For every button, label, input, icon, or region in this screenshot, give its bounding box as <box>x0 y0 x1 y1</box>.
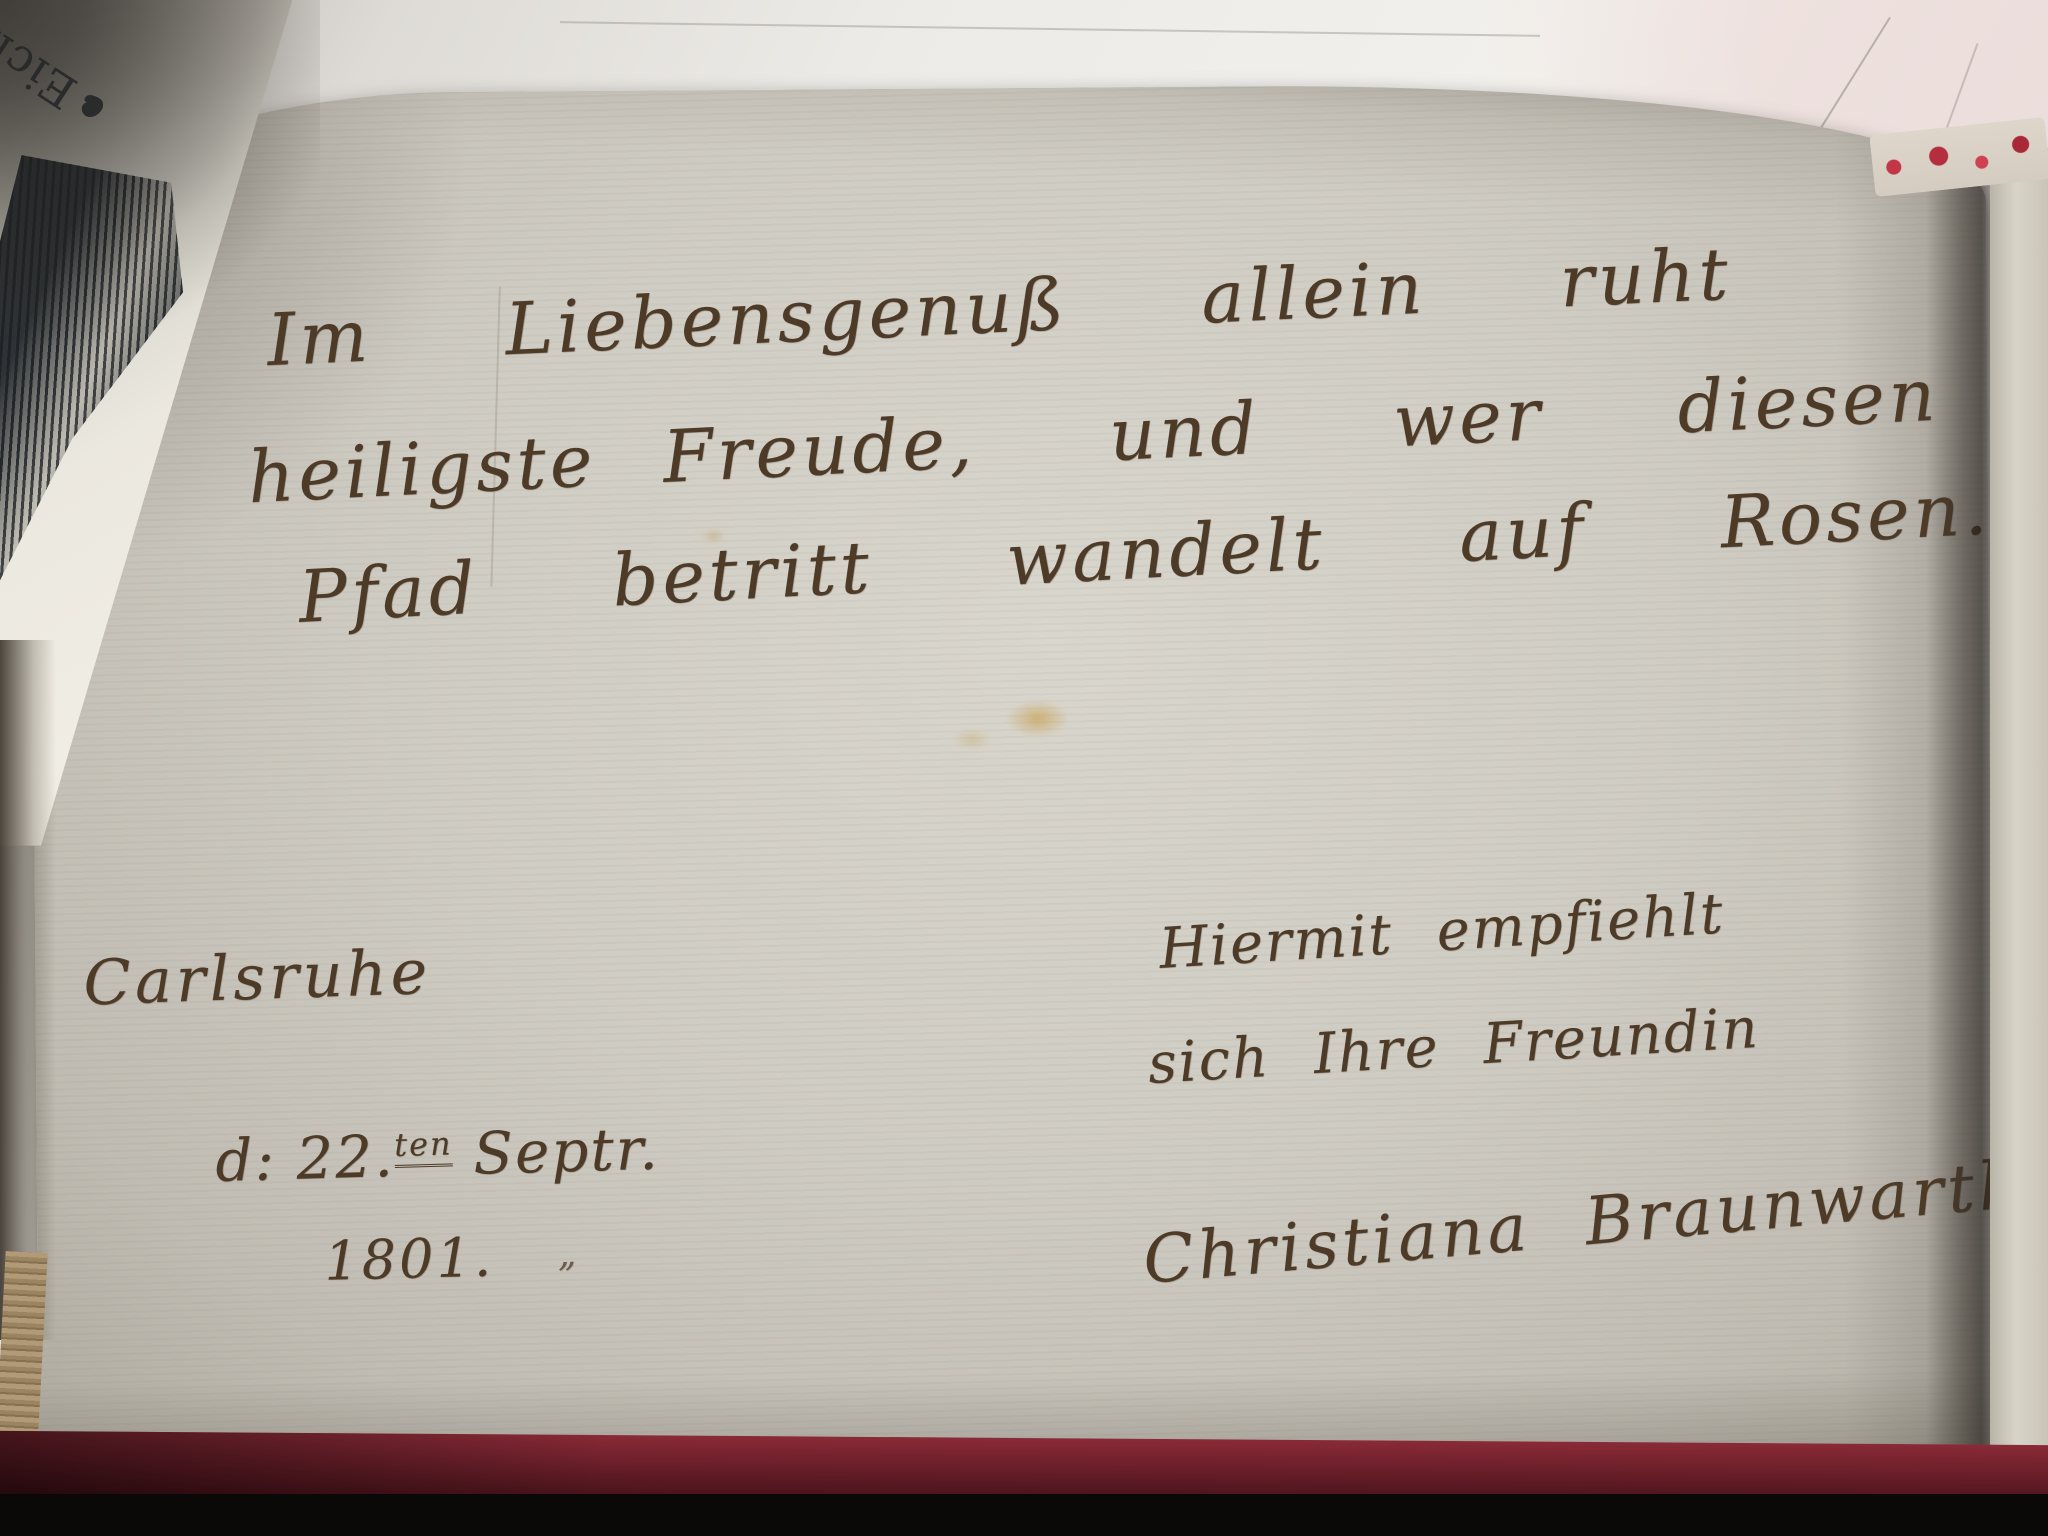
facing-page-edge <box>1990 148 2048 1536</box>
table-shadow <box>0 1494 2048 1536</box>
right-gutter-shadow <box>1926 155 2000 1536</box>
left-spine-shadow <box>0 640 56 1340</box>
paper-stain-2 <box>952 728 992 750</box>
verse-line-1: Im Liebensgenuß allein ruht <box>265 232 1733 382</box>
album-page: Im Liebensgenuß allein ruht heiligste Fr… <box>29 81 1995 1473</box>
year-ditto-mark: „ <box>557 1233 579 1275</box>
dedication-line-2: sich Ihre Freundin <box>1146 996 1761 1097</box>
year-value: 1801. <box>324 1226 495 1293</box>
place-name: Carlsruhe <box>82 935 432 1019</box>
signature-line: Christiana Braunwarth <box>1140 1145 1995 1299</box>
dedication-line-1: Hiermit empfiehlt <box>1157 881 1726 981</box>
year-line: 1801.„ <box>201 1161 581 1359</box>
date-superscript: ten <box>394 1124 453 1168</box>
photo-of-album-page: Im Liebensgenuß allein ruht heiligste Fr… <box>0 0 2048 1536</box>
paper-stain-1 <box>1005 700 1069 738</box>
printed-caption-text: Eichhorn <box>0 0 86 120</box>
